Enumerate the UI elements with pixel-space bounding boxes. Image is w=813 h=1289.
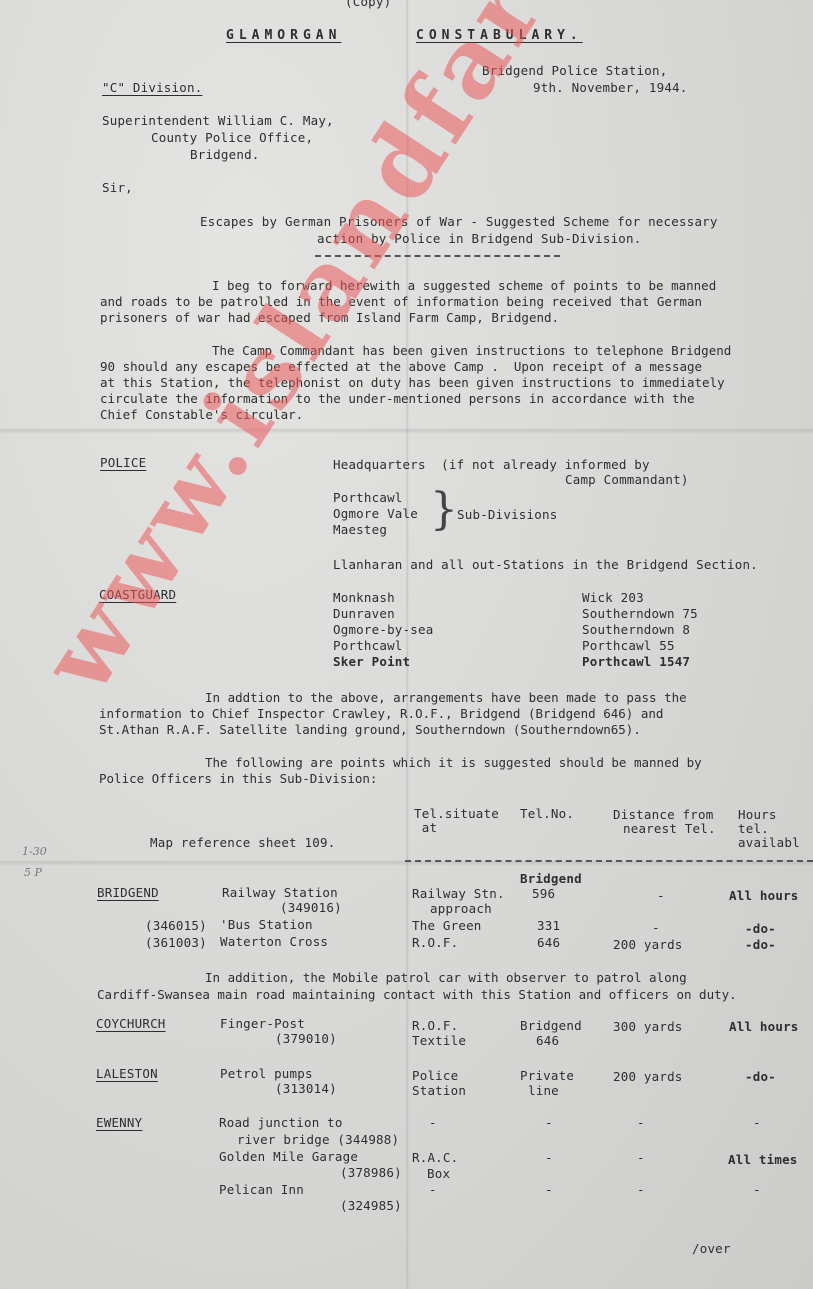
coastguard-station: Monknash bbox=[333, 590, 395, 606]
table-cell-situate: Textile bbox=[412, 1033, 466, 1049]
paragraph-line: The Camp Commandant has been given instr… bbox=[212, 343, 731, 359]
over-marker: /over bbox=[692, 1241, 731, 1257]
paragraph-line: The following are points which it is sug… bbox=[205, 755, 702, 771]
table-cell-tel: - bbox=[545, 1115, 553, 1131]
police-outstations: Llanharan and all out-Stations in the Br… bbox=[333, 557, 758, 573]
coastguard-station: Sker Point bbox=[333, 654, 410, 670]
division-label: "C" Division. bbox=[102, 80, 202, 96]
table-cell-situate: R.O.F. bbox=[412, 1018, 458, 1034]
map-reference: Map reference sheet 109. bbox=[150, 835, 335, 851]
col-header-tel-situate: at bbox=[414, 820, 437, 836]
col-header-tel-no: Tel.No. bbox=[520, 806, 574, 822]
col-header-distance: nearest Tel. bbox=[623, 821, 716, 837]
table-cell-ref: (378986) bbox=[340, 1165, 402, 1181]
pencil-annotation: 5 P bbox=[24, 866, 42, 879]
table-cell-hours: -do- bbox=[745, 921, 776, 937]
location-label-ewenny: EWENNY bbox=[96, 1115, 142, 1131]
table-cell-point: Waterton Cross bbox=[220, 934, 328, 950]
table-cell-tel: - bbox=[545, 1182, 553, 1198]
paragraph-line: information to Chief Inspector Crawley, … bbox=[99, 706, 663, 722]
table-cell-distance: - bbox=[637, 1150, 645, 1166]
coastguard-station: Dunraven bbox=[333, 606, 395, 622]
mobile-patrol-note: Cardiff-Swansea main road maintaining co… bbox=[97, 987, 737, 1003]
paragraph-line: In addtion to the above, arrangements ha… bbox=[205, 690, 687, 706]
table-cell-tel: line bbox=[528, 1083, 559, 1099]
coastguard-station: Porthcawl bbox=[333, 638, 403, 654]
table-cell-ref: (324985) bbox=[340, 1198, 402, 1214]
table-cell-point: Finger-Post bbox=[220, 1016, 305, 1032]
subdivision-item: Maesteg bbox=[333, 522, 387, 538]
table-cell-tel: Bridgend bbox=[520, 1018, 582, 1034]
table-cell-distance: - bbox=[657, 888, 665, 904]
table-cell-situate: Railway Stn. bbox=[412, 886, 505, 902]
paragraph-line: 90 should any escapes be effected at the… bbox=[100, 359, 702, 375]
coastguard-tel: Porthcawl 55 bbox=[582, 638, 675, 654]
paragraph-line: and roads to be patrolled in the event o… bbox=[100, 294, 702, 310]
table-header-divider bbox=[405, 860, 813, 862]
mobile-patrol-note: In addition, the Mobile patrol car with … bbox=[205, 970, 687, 986]
addressee-line: County Police Office, bbox=[151, 130, 313, 146]
coastguard-section-label: COASTGUARD bbox=[99, 587, 176, 603]
table-cell-distance: 200 yards bbox=[613, 1069, 683, 1085]
paragraph-line: prisoners of war had escaped from Island… bbox=[100, 310, 559, 326]
table-cell-distance: 200 yards bbox=[613, 937, 683, 953]
paragraph-line: circulate the information to the under-m… bbox=[100, 391, 695, 407]
table-cell-tel: 596 bbox=[532, 886, 555, 902]
table-cell-situate: The Green bbox=[412, 918, 482, 934]
table-cell-point: river bridge (344988) bbox=[237, 1132, 399, 1148]
table-cell-distance: - bbox=[637, 1182, 645, 1198]
table-cell-tel: 646 bbox=[537, 935, 560, 951]
police-hq: Headquarters (if not already informed by bbox=[333, 457, 650, 473]
table-cell-tel: 331 bbox=[537, 918, 560, 934]
subject-line: action by Police in Bridgend Sub-Divisio… bbox=[317, 231, 641, 247]
table-cell-situate: Police bbox=[412, 1068, 458, 1084]
paragraph-line: Police Officers in this Sub-Division: bbox=[99, 771, 377, 787]
brace-icon: } bbox=[430, 488, 458, 532]
coastguard-tel: Porthcawl 1547 bbox=[582, 654, 690, 670]
table-cell-hours: -do- bbox=[745, 937, 776, 953]
table-cell-ref: (346015) bbox=[145, 918, 207, 934]
table-cell-point: Golden Mile Garage bbox=[219, 1149, 358, 1165]
table-cell-ref: (361003) bbox=[145, 935, 207, 951]
coastguard-tel: Wick 203 bbox=[582, 590, 644, 606]
document-page: (Copy) GLAMORGAN CONSTABULARY. Bridgend … bbox=[0, 0, 813, 1289]
addressee-line: Superintendent William C. May, bbox=[102, 113, 334, 129]
table-cell-point: Pelican Inn bbox=[219, 1182, 304, 1198]
table-cell-situate: Box bbox=[427, 1166, 450, 1182]
table-cell-point: 'Bus Station bbox=[220, 917, 313, 933]
location-label-bridgend: BRIDGEND bbox=[97, 885, 159, 901]
coastguard-tel: Southerndown 75 bbox=[582, 606, 698, 622]
subdivision-item: Porthcawl bbox=[333, 490, 403, 506]
letter-date: 9th. November, 1944. bbox=[533, 80, 688, 96]
table-cell-hours: -do- bbox=[745, 1069, 776, 1085]
table-cell-hours: All hours bbox=[729, 888, 799, 904]
table-cell-point: Railway Station bbox=[222, 885, 338, 901]
pencil-annotation: 1-30 bbox=[22, 845, 47, 858]
subdivision-item: Ogmore Vale bbox=[333, 506, 418, 522]
table-cell-hours: - bbox=[753, 1182, 761, 1198]
paragraph-line: St.Athan R.A.F. Satellite landing ground… bbox=[99, 722, 641, 738]
subject-underline bbox=[315, 255, 560, 257]
paragraph-line: I beg to forward herewith a suggested sc… bbox=[212, 278, 716, 294]
table-cell-situate: R.A.C. bbox=[412, 1150, 458, 1166]
exchange-label: Bridgend bbox=[520, 871, 582, 887]
table-cell-situate: approach bbox=[430, 901, 492, 917]
location-label-laleston: LALESTON bbox=[96, 1066, 158, 1082]
table-cell-situate: - bbox=[429, 1182, 437, 1198]
station-address: Bridgend Police Station, bbox=[482, 63, 667, 79]
table-cell-ref: (349016) bbox=[280, 900, 342, 916]
table-cell-hours: - bbox=[753, 1115, 761, 1131]
location-label-coychurch: COYCHURCH bbox=[96, 1016, 166, 1032]
table-cell-distance: - bbox=[652, 920, 660, 936]
table-cell-distance: 300 yards bbox=[613, 1019, 683, 1035]
paragraph-line: at this Station, the telephonist on duty… bbox=[100, 375, 725, 391]
paragraph-line: Chief Constable's circular. bbox=[100, 407, 303, 423]
org-name-left: GLAMORGAN bbox=[226, 28, 341, 44]
table-cell-situate: R.O.F. bbox=[412, 935, 458, 951]
table-cell-situate: Station bbox=[412, 1083, 466, 1099]
coastguard-station: Ogmore-by-sea bbox=[333, 622, 433, 638]
org-name-right: CONSTABULARY. bbox=[416, 28, 583, 44]
table-cell-situate: - bbox=[429, 1115, 437, 1131]
police-hq-note: Camp Commandant) bbox=[565, 472, 689, 488]
table-cell-point: Petrol pumps bbox=[220, 1066, 313, 1082]
subdivisions-label: Sub-Divisions bbox=[457, 507, 557, 523]
copy-mark: (Copy) bbox=[345, 0, 391, 10]
addressee-line: Bridgend. bbox=[190, 147, 260, 163]
table-cell-point: Road junction to bbox=[219, 1115, 343, 1131]
police-section-label: POLICE bbox=[100, 455, 146, 471]
table-cell-ref: (313014) bbox=[275, 1081, 337, 1097]
coastguard-tel: Southerndown 8 bbox=[582, 622, 690, 638]
table-cell-hours: All hours bbox=[729, 1019, 799, 1035]
table-cell-ref: (379010) bbox=[275, 1031, 337, 1047]
table-cell-hours: All times bbox=[728, 1152, 798, 1168]
col-header-hours: availabl bbox=[738, 835, 800, 851]
table-cell-tel: - bbox=[545, 1150, 553, 1166]
salutation: Sir, bbox=[102, 180, 133, 196]
subject-line: Escapes by German Prisoners of War - Sug… bbox=[200, 214, 718, 230]
table-cell-tel: 646 bbox=[536, 1033, 559, 1049]
table-cell-tel: Private bbox=[520, 1068, 574, 1084]
table-cell-distance: - bbox=[637, 1115, 645, 1131]
